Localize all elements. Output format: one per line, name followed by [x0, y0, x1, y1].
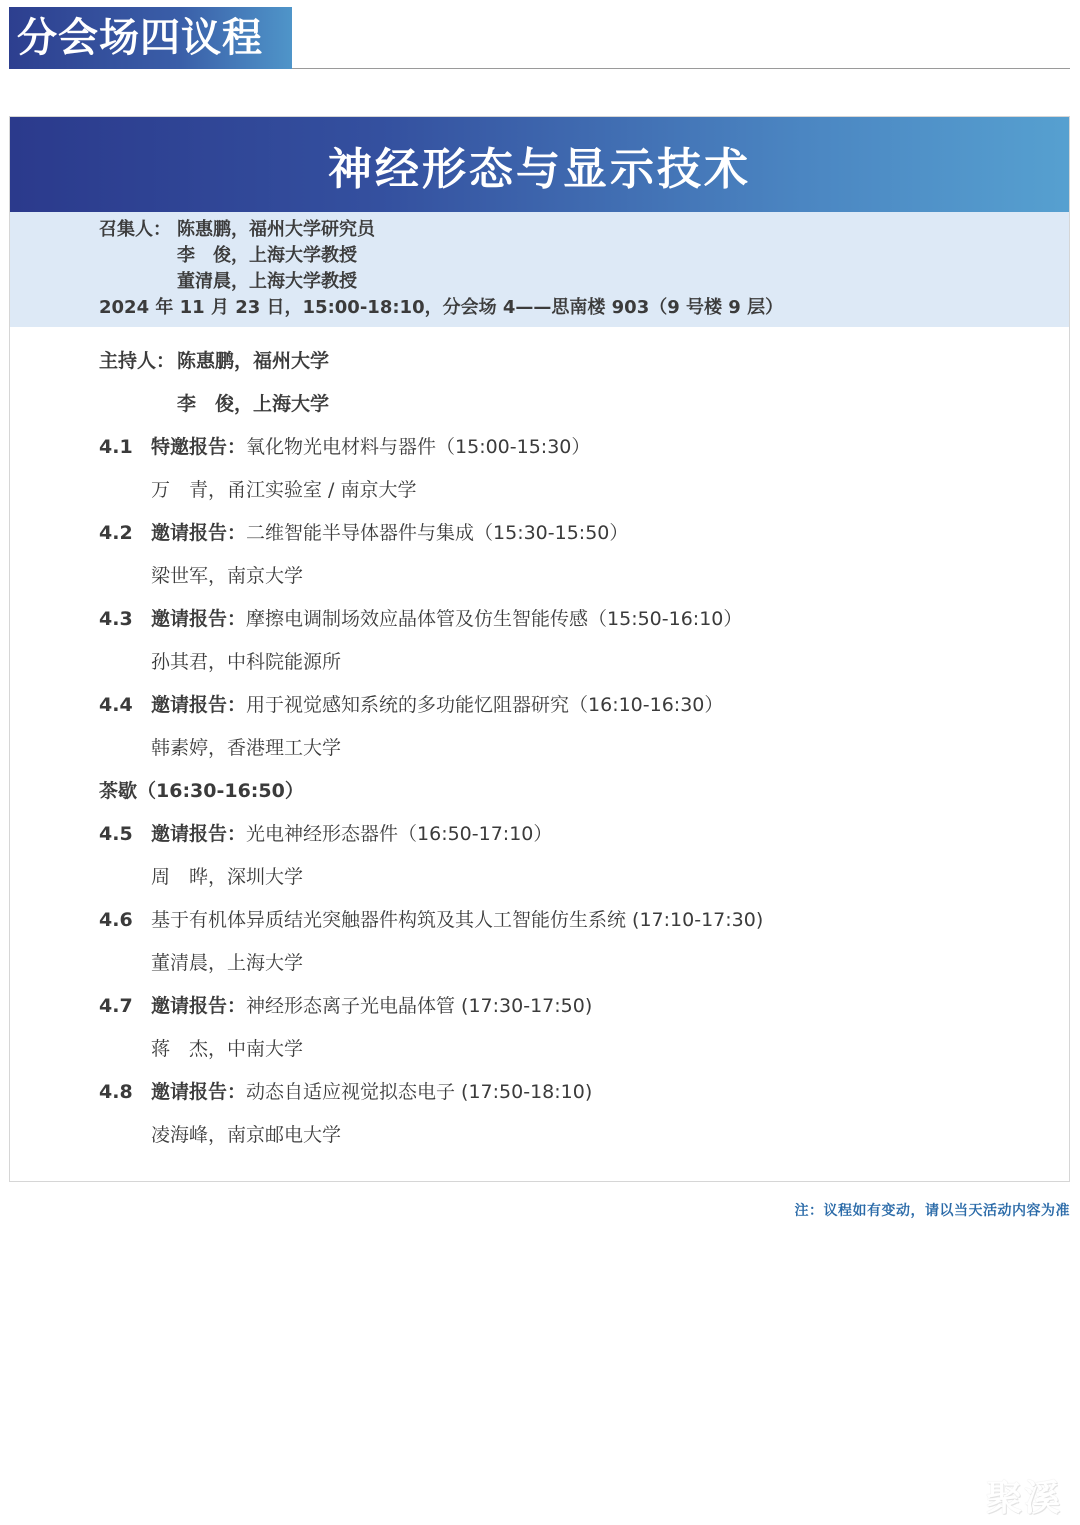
- agenda-card: 神经形态与显示技术 召集人： 陈惠鹏，福州大学研究员 李 俊，上海大学教授 董清…: [9, 116, 1070, 1182]
- agenda-item: 4.4 邀请报告： 用于视觉感知系统的多功能忆阻器研究（16:10-16:30）: [99, 688, 1069, 731]
- item-kind: 邀请报告：: [151, 688, 246, 731]
- agenda-item: 4.2 邀请报告： 二维智能半导体器件与集成（15:30-15:50）: [99, 516, 1069, 559]
- item-speaker: 凌海峰，南京邮电大学: [99, 1118, 1069, 1161]
- item-speaker: 董清晨，上海大学: [99, 946, 1069, 989]
- agenda-item: 4.5 邀请报告： 光电神经形态器件（16:50-17:10）: [99, 817, 1069, 860]
- tea-break: 茶歇（16:30-16:50）: [99, 774, 1069, 817]
- item-speaker: 周 晔，深圳大学: [99, 860, 1069, 903]
- item-number: 4.4: [99, 688, 151, 731]
- item-title: 光电神经形态器件（16:50-17:10）: [246, 817, 552, 860]
- item-kind: 邀请报告：: [151, 989, 246, 1032]
- section-header: 分会场四议程: [9, 7, 1070, 69]
- item-title: 氧化物光电材料与器件（15:00-15:30）: [246, 430, 590, 473]
- item-kind: 特邀报告：: [151, 430, 246, 473]
- item-number: 4.8: [99, 1075, 151, 1118]
- item-speaker: 梁世军，南京大学: [99, 559, 1069, 602]
- item-title: 用于视觉感知系统的多功能忆阻器研究（16:10-16:30）: [246, 688, 723, 731]
- item-speaker: 韩素婷，香港理工大学: [99, 731, 1069, 774]
- agenda-list: 主持人： 陈惠鹏，福州大学 李 俊，上海大学 4.1 特邀报告： 氧化物光电材料…: [10, 327, 1069, 1161]
- item-speaker: 孙其君，中科院能源所: [99, 645, 1069, 688]
- item-speaker: 蒋 杰，中南大学: [99, 1032, 1069, 1075]
- agenda-item: 4.7 邀请报告： 神经形态离子光电晶体管 (17:30-17:50): [99, 989, 1069, 1032]
- host-label: 主持人：: [99, 344, 177, 387]
- section-divider: [292, 68, 1070, 69]
- convener-row: 李 俊，上海大学教授: [99, 243, 1069, 269]
- host-row: 主持人： 陈惠鹏，福州大学: [99, 344, 1069, 387]
- agenda-item: 4.8 邀请报告： 动态自适应视觉拟态电子 (17:50-18:10): [99, 1075, 1069, 1118]
- convener-name: 李 俊，上海大学教授: [177, 243, 357, 269]
- agenda-item: 4.6 基于有机体异质结光突触器件构筑及其人工智能仿生系统 (17:10-17:…: [99, 903, 1069, 946]
- item-title: 动态自适应视觉拟态电子 (17:50-18:10): [246, 1075, 592, 1118]
- session-title: 神经形态与显示技术: [328, 133, 751, 197]
- convener-name: 董清晨，上海大学教授: [177, 269, 357, 295]
- card-banner: 神经形态与显示技术: [10, 117, 1069, 212]
- schedule-info: 2024 年 11 月 23 日，15:00-18:10，分会场 4——思南楼 …: [99, 295, 1069, 321]
- item-number: 4.6: [99, 903, 151, 946]
- item-number: 4.3: [99, 602, 151, 645]
- item-title: 摩擦电调制场效应晶体管及仿生智能传感（15:50-16:10）: [246, 602, 742, 645]
- item-title: 二维智能半导体器件与集成（15:30-15:50）: [246, 516, 628, 559]
- convener-row: 召集人： 陈惠鹏，福州大学研究员: [99, 217, 1069, 243]
- section-title: 分会场四议程: [9, 7, 292, 69]
- item-number: 4.7: [99, 989, 151, 1032]
- convener-row: 董清晨，上海大学教授: [99, 269, 1069, 295]
- item-kind: 邀请报告：: [151, 1075, 246, 1118]
- item-kind: 邀请报告：: [151, 817, 246, 860]
- item-title: 基于有机体异质结光突触器件构筑及其人工智能仿生系统 (17:10-17:30): [151, 903, 763, 946]
- host-row: 李 俊，上海大学: [99, 387, 1069, 430]
- host-name: 陈惠鹏，福州大学: [177, 344, 329, 387]
- convener-label: 召集人：: [99, 217, 177, 243]
- watermark-logo: 聚溪: [986, 1470, 1062, 1521]
- host-name: 李 俊，上海大学: [177, 387, 329, 430]
- item-title: 神经形态离子光电晶体管 (17:30-17:50): [246, 989, 592, 1032]
- item-speaker: 万 青，甬江实验室 / 南京大学: [99, 473, 1069, 516]
- item-number: 4.2: [99, 516, 151, 559]
- change-notice: 注：议程如有变动，请以当天活动内容为准: [795, 1200, 1071, 1220]
- item-kind: 邀请报告：: [151, 516, 246, 559]
- agenda-item: 4.3 邀请报告： 摩擦电调制场效应晶体管及仿生智能传感（15:50-16:10…: [99, 602, 1069, 645]
- agenda-item: 4.1 特邀报告： 氧化物光电材料与器件（15:00-15:30）: [99, 430, 1069, 473]
- convener-name: 陈惠鹏，福州大学研究员: [177, 217, 375, 243]
- convener-block: 召集人： 陈惠鹏，福州大学研究员 李 俊，上海大学教授 董清晨，上海大学教授 2…: [10, 212, 1069, 327]
- item-number: 4.5: [99, 817, 151, 860]
- item-kind: 邀请报告：: [151, 602, 246, 645]
- item-number: 4.1: [99, 430, 151, 473]
